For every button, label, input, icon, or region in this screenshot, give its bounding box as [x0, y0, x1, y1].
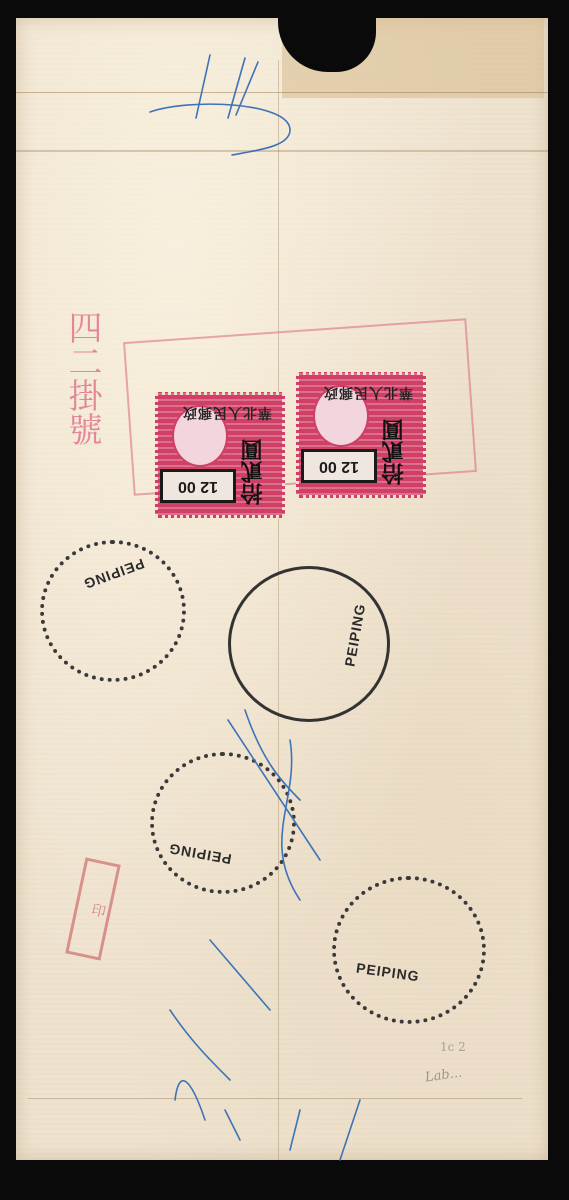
blue-ink-notations — [0, 0, 569, 1200]
pencil-note-1: 1c 2 — [440, 1040, 466, 1054]
